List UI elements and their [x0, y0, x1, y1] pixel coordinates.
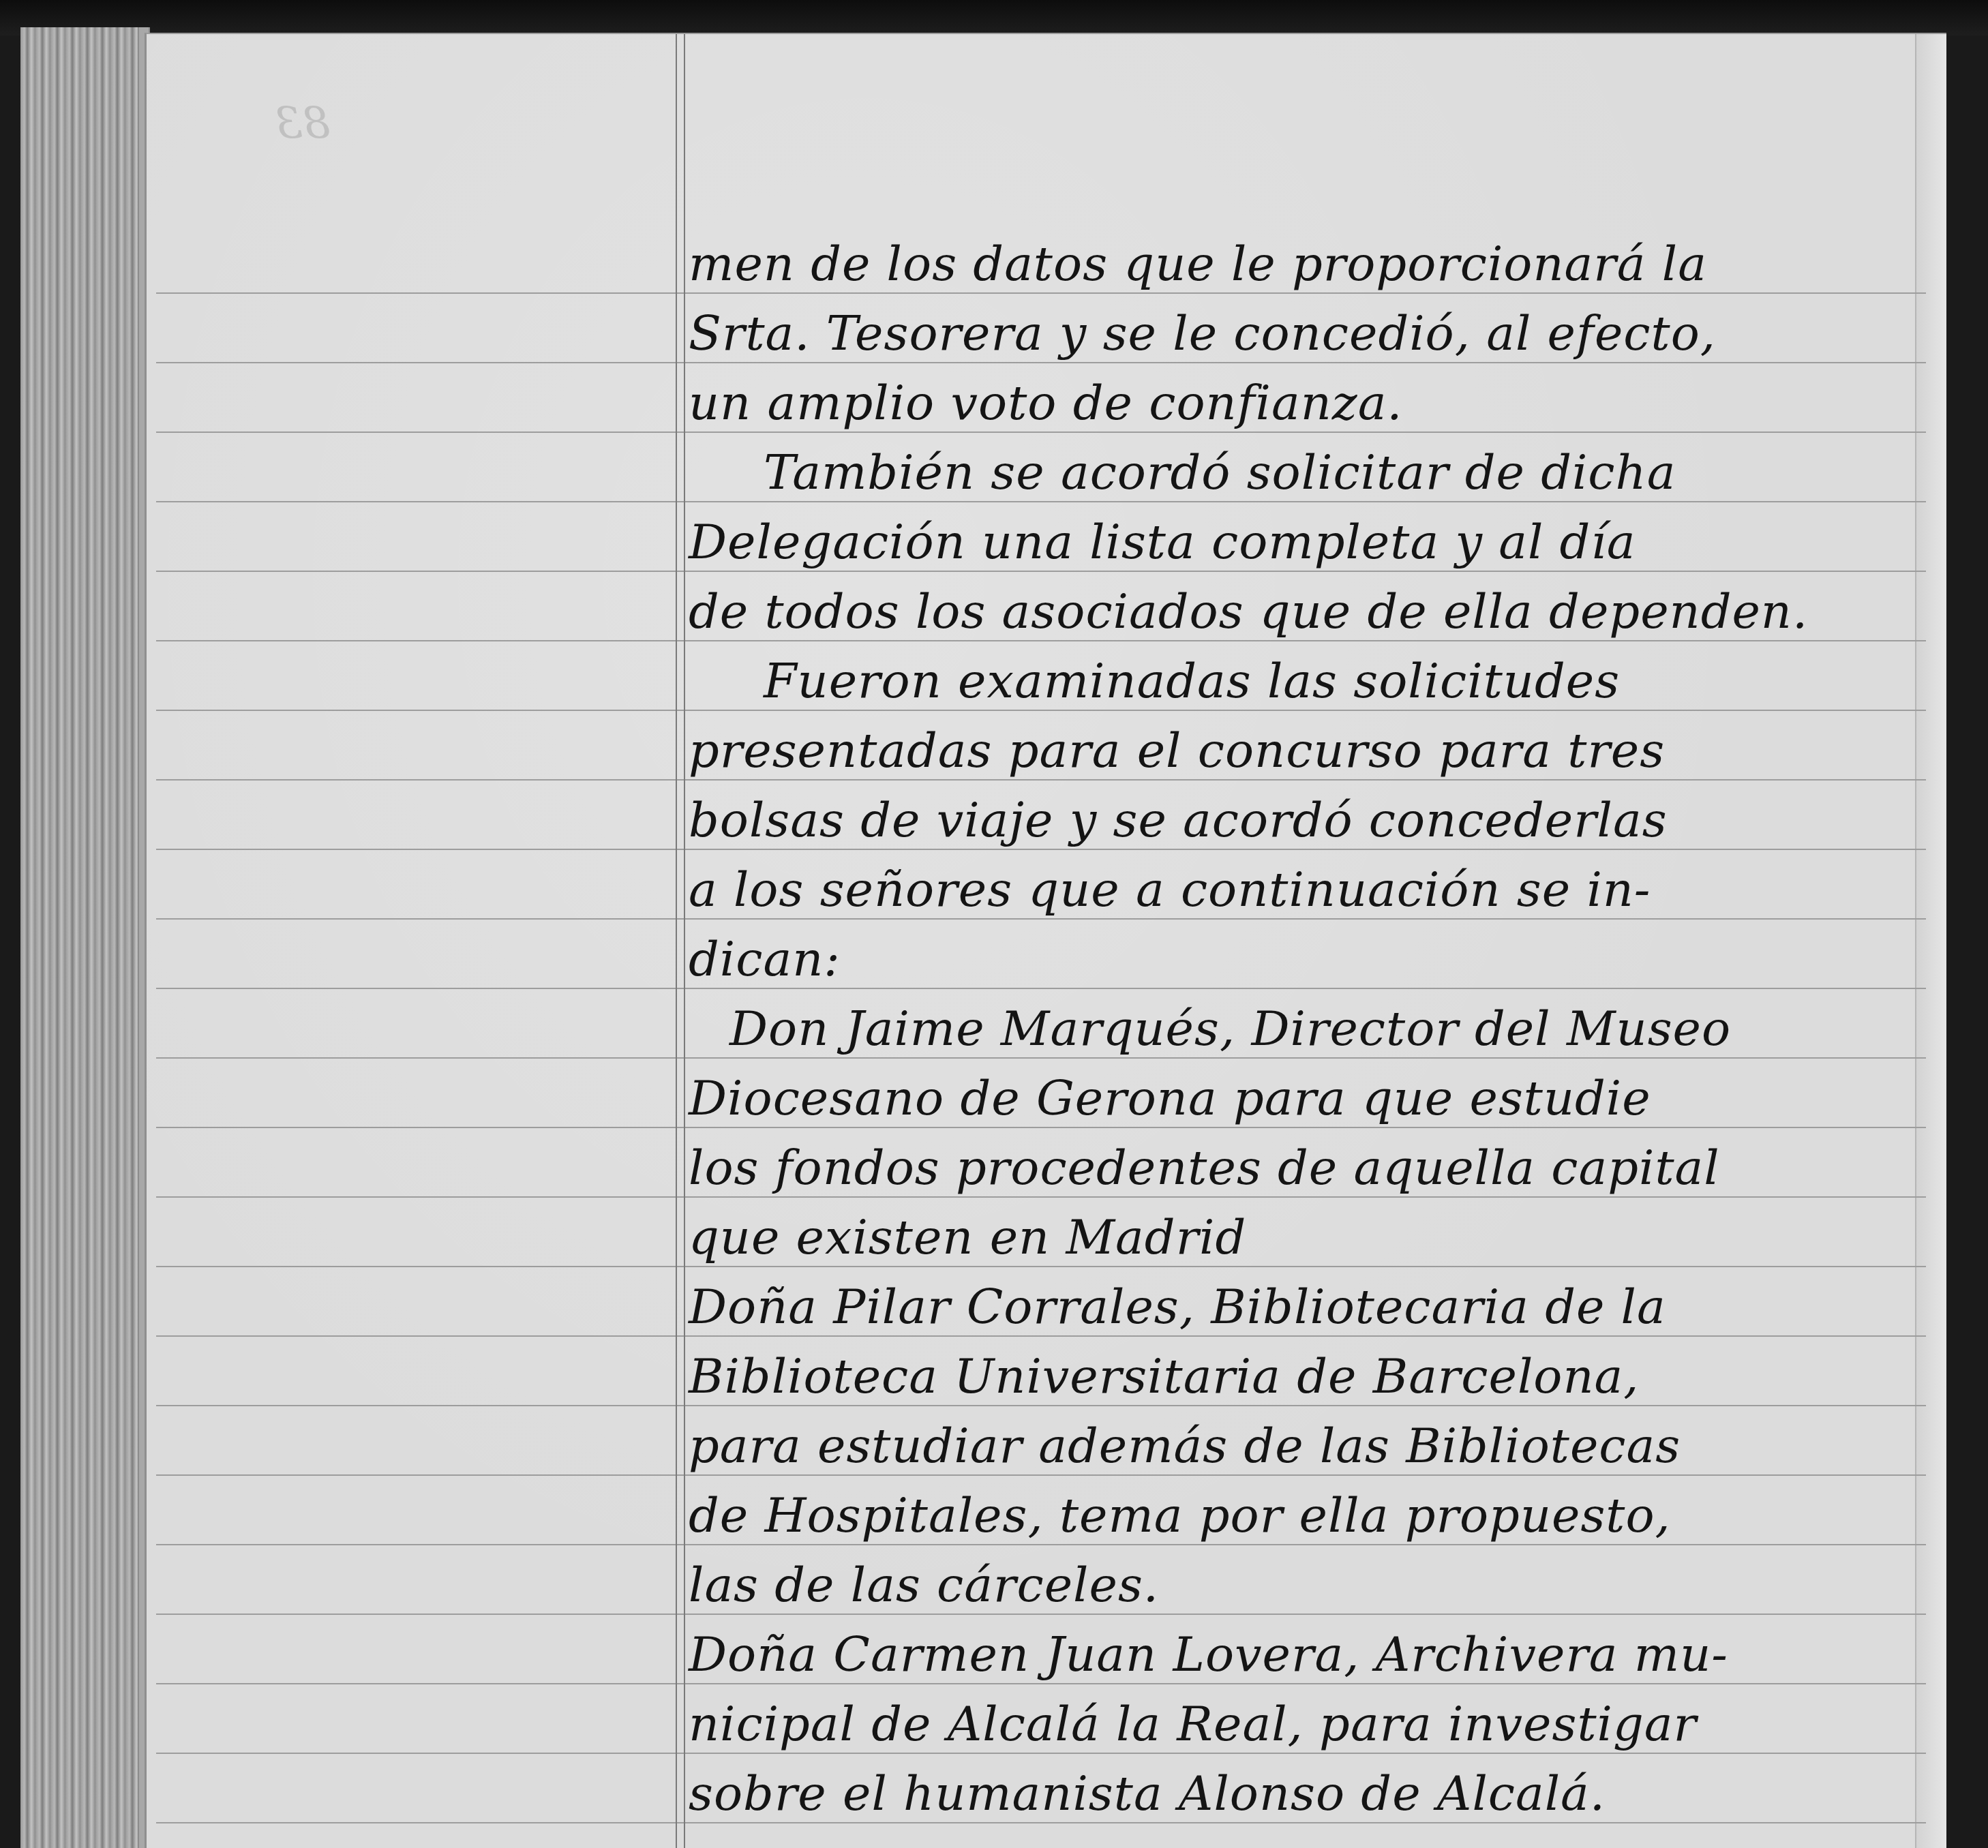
handwritten-line: a los señores que a continuación se in-: [689, 855, 1651, 924]
handwritten-line: para estudiar además de las Bibliotecas: [689, 1412, 1681, 1480]
handwritten-line: de Hospitales, tema por ella propuesto,: [689, 1481, 1671, 1549]
handwritten-line: dican:: [689, 925, 841, 993]
handwritten-line: Srta. Tesorera y se le concedió, al efec…: [689, 299, 1716, 367]
handwritten-line: Delegación una lista completa y al día: [689, 508, 1636, 576]
scanner-background: [0, 0, 1988, 35]
ghost-page-number: 83: [275, 99, 330, 149]
handwritten-line: Fueron examinadas las solicitudes: [689, 647, 1620, 715]
handwritten-line: los fondos procedentes de aquella capita…: [689, 1134, 1720, 1202]
handwritten-line: bolsas de viaje y se acordó concederlas: [689, 786, 1668, 854]
handwritten-line: presentadas para el concurso para tres: [689, 716, 1665, 785]
handwritten-line: men de los datos que le proporcionará la: [689, 230, 1707, 298]
handwritten-line: Diocesano de Gerona para que estudie: [689, 1064, 1651, 1132]
page-edges-binding: [20, 27, 150, 1848]
handwritten-line: Biblioteca Universitaria de Barcelona,: [689, 1342, 1640, 1410]
margin-line-right: [684, 34, 685, 1848]
handwritten-line: También se acordó solicitar de dicha: [689, 438, 1676, 506]
ledger-page: 83 men de los datos que le proporcionará…: [145, 33, 1946, 1848]
handwritten-text: men de los datos que le proporcionará la…: [689, 34, 1929, 1848]
handwritten-line: Doña Carmen Juan Lovera, Archivera mu-: [689, 1620, 1728, 1688]
margin-line-left: [676, 34, 677, 1848]
handwritten-line: que existen en Madrid: [689, 1203, 1246, 1271]
handwritten-line: de todos los asociados que de ella depen…: [689, 577, 1808, 646]
handwritten-line: Don Jaime Marqués, Director del Museo: [689, 995, 1731, 1063]
handwritten-line: Doña Pilar Corrales, Bibliotecaria de la: [689, 1273, 1666, 1341]
handwritten-line: las de las cárceles.: [689, 1551, 1159, 1619]
handwritten-line: sobre el humanista Alonso de Alcalá.: [689, 1759, 1606, 1828]
handwritten-line: un amplio voto de confianza.: [689, 369, 1403, 437]
handwritten-line: nicipal de Alcalá la Real, para investig…: [689, 1690, 1697, 1758]
